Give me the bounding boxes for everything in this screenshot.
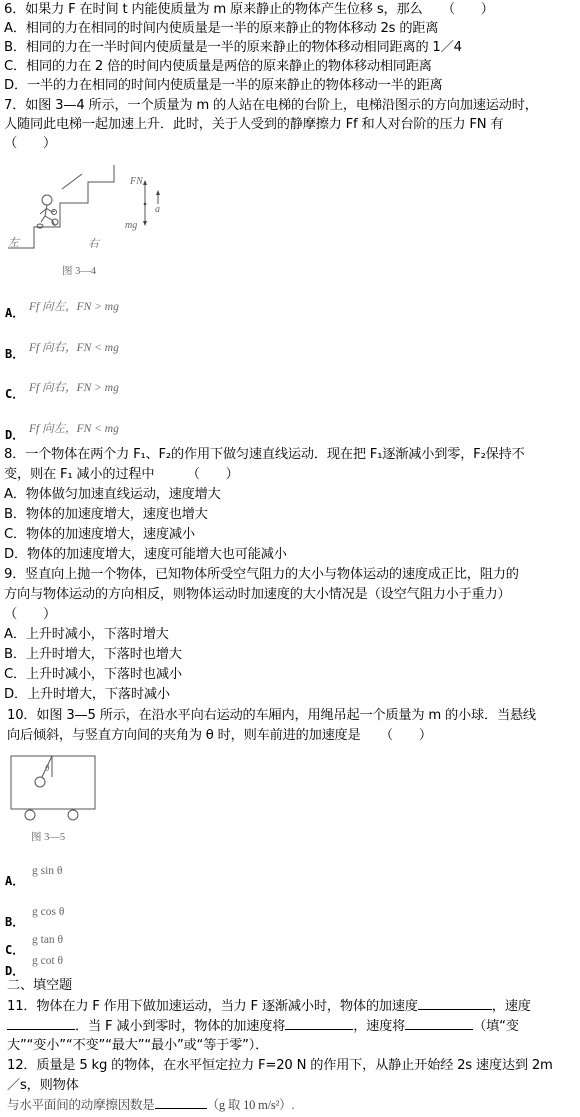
q10-option-a: A． g sin θ xyxy=(0,868,120,886)
q10-option-b: B． g cos θ xyxy=(0,909,120,927)
q12-line2: ／s，则物体 xyxy=(7,1076,79,1095)
q9-option-a: A．上升时减小，下落时增大 xyxy=(4,625,169,644)
q11-line1: 11．物体在力 F 作用下做加速运动，当力 F 逐渐减小时，物体的加速度，速度 xyxy=(7,996,531,1016)
q11-blank-4[interactable] xyxy=(405,1016,473,1030)
figure-caption-3-5: 图 3—5 xyxy=(31,829,65,844)
q7-stem-line3: （ ） xyxy=(4,134,56,153)
q7-option-d: D． Ff 向左，FN < mg xyxy=(0,422,200,440)
q12-line1: 12．质量是 5 kg 的物体，在水平恒定拉力 F=20 N 的作用下，从静止开… xyxy=(7,1056,553,1075)
q6-option-b: B．相同的力在一半时间内使质量是一半的原来静止的物体移动相同距离的 1／4 xyxy=(4,38,462,57)
label-theta: θ xyxy=(45,763,49,773)
q9-option-c: C．上升时减小，下落时也减小 xyxy=(4,665,182,684)
q8-option-b: B．物体的加速度增大，速度也增大 xyxy=(4,505,208,524)
q11-line2: ．当 F 减小到零时，物体的加速度将，速度将（填“变 xyxy=(7,1016,519,1036)
label-left: 左 xyxy=(8,234,19,250)
q6-option-a: A．相同的力在相同的时间内使质量是一半的原来静止的物体移动 2s 的距离 xyxy=(4,19,438,38)
q7-option-a: A． Ff 向左，FN > mg xyxy=(0,300,200,318)
q8-stem-line2: 变，则在 F₁ 减小的过程中 （ ） xyxy=(4,465,239,484)
q10-option-c: C． g tan θ xyxy=(0,937,120,955)
q8-stem-line1: 8．一个物体在两个力 F₁、F₂的作用下做匀速直线运动．现在把 F₁逐渐减小到零… xyxy=(4,445,525,464)
figure-escalator: FN a mg 左 右 图 3—4 xyxy=(0,160,200,280)
q9-stem-line2: 方向与物体运动的方向相反，则物体运动时加速度的大小情况是（设空气阻力小于重力） xyxy=(4,585,511,604)
q7-option-b: B． Ff 向右，FN < mg xyxy=(0,341,200,359)
q10-option-d: D． g cot θ xyxy=(0,958,120,976)
q6-option-c: C．相同的力在 2 倍的时间内使质量是两倍的原来静止的物体移动相同距离 xyxy=(4,57,432,76)
q12-blank[interactable] xyxy=(155,1097,207,1109)
q11-line3: 大”“变小”“不变”“最大”“最小”或“等于零”）． xyxy=(7,1036,268,1055)
figure-caption-3-4: 图 3—4 xyxy=(62,263,96,278)
figure-train-car: θ 图 3—5 xyxy=(0,750,110,840)
q11-blank-2[interactable] xyxy=(7,1016,75,1030)
escalator-diagram xyxy=(0,160,200,280)
label-right: 右 xyxy=(88,235,99,251)
label-a: a xyxy=(155,204,160,215)
q9-option-b: B．上升时增大，下落时也增大 xyxy=(4,645,182,664)
q11-blank-3[interactable] xyxy=(285,1016,353,1030)
q6-stem: 6．如果力 F 在时间 t 内能使质量为 m 原来静止的物体产生位移 s，那么 … xyxy=(4,0,494,19)
q8-option-a: A．物体做匀加速直线运动，速度增大 xyxy=(4,485,221,504)
q8-option-d: D．物体的加速度增大，速度可能增大也可能减小 xyxy=(4,545,287,564)
q9-option-d: D．上升时增大，下落时减小 xyxy=(4,685,170,704)
train-car-diagram xyxy=(0,750,110,840)
q6-option-d: D．一半的力在相同的时间内使质量是一半的原来静止的物体移动一半的距离 xyxy=(4,76,443,95)
q9-stem-line1: 9．竖直向上抛一个物体，已知物体所受空气阻力的大小与物体运动的速度成正比，阻力的 xyxy=(4,565,519,584)
q9-stem-line3: （ ） xyxy=(4,605,56,624)
q10-stem-line2: 向后倾斜，与竖直方向间的夹角为 θ 时，则车前进的加速度是 （ ） xyxy=(7,726,432,745)
q12-line3: 与水平面间的动摩擦因数是（g 取 10 m/s²）. xyxy=(7,1096,294,1115)
q11-blank-1[interactable] xyxy=(418,996,492,1010)
q7-stem-line2: 人随同此电梯一起加速上升．此时，关于人受到的静摩擦力 Ff 和人对台阶的压力 F… xyxy=(4,115,503,134)
label-fn: FN xyxy=(130,176,143,187)
section-title-fill-in: 二、填空题 xyxy=(7,976,72,995)
q7-option-c: C． Ff 向右，FN > mg xyxy=(0,381,200,399)
q8-option-c: C．物体的加速度增大，速度减小 xyxy=(4,525,195,544)
q7-stem-line1: 7．如图 3—4 所示，一个质量为 m 的人站在电梯的台阶上，电梯沿图示的方向加… xyxy=(4,96,538,115)
label-mg: mg xyxy=(125,220,137,231)
q10-stem-line1: 10．如图 3—5 所示，在沿水平向右运动的车厢内，用绳吊起一个质量为 m 的小… xyxy=(7,706,536,725)
